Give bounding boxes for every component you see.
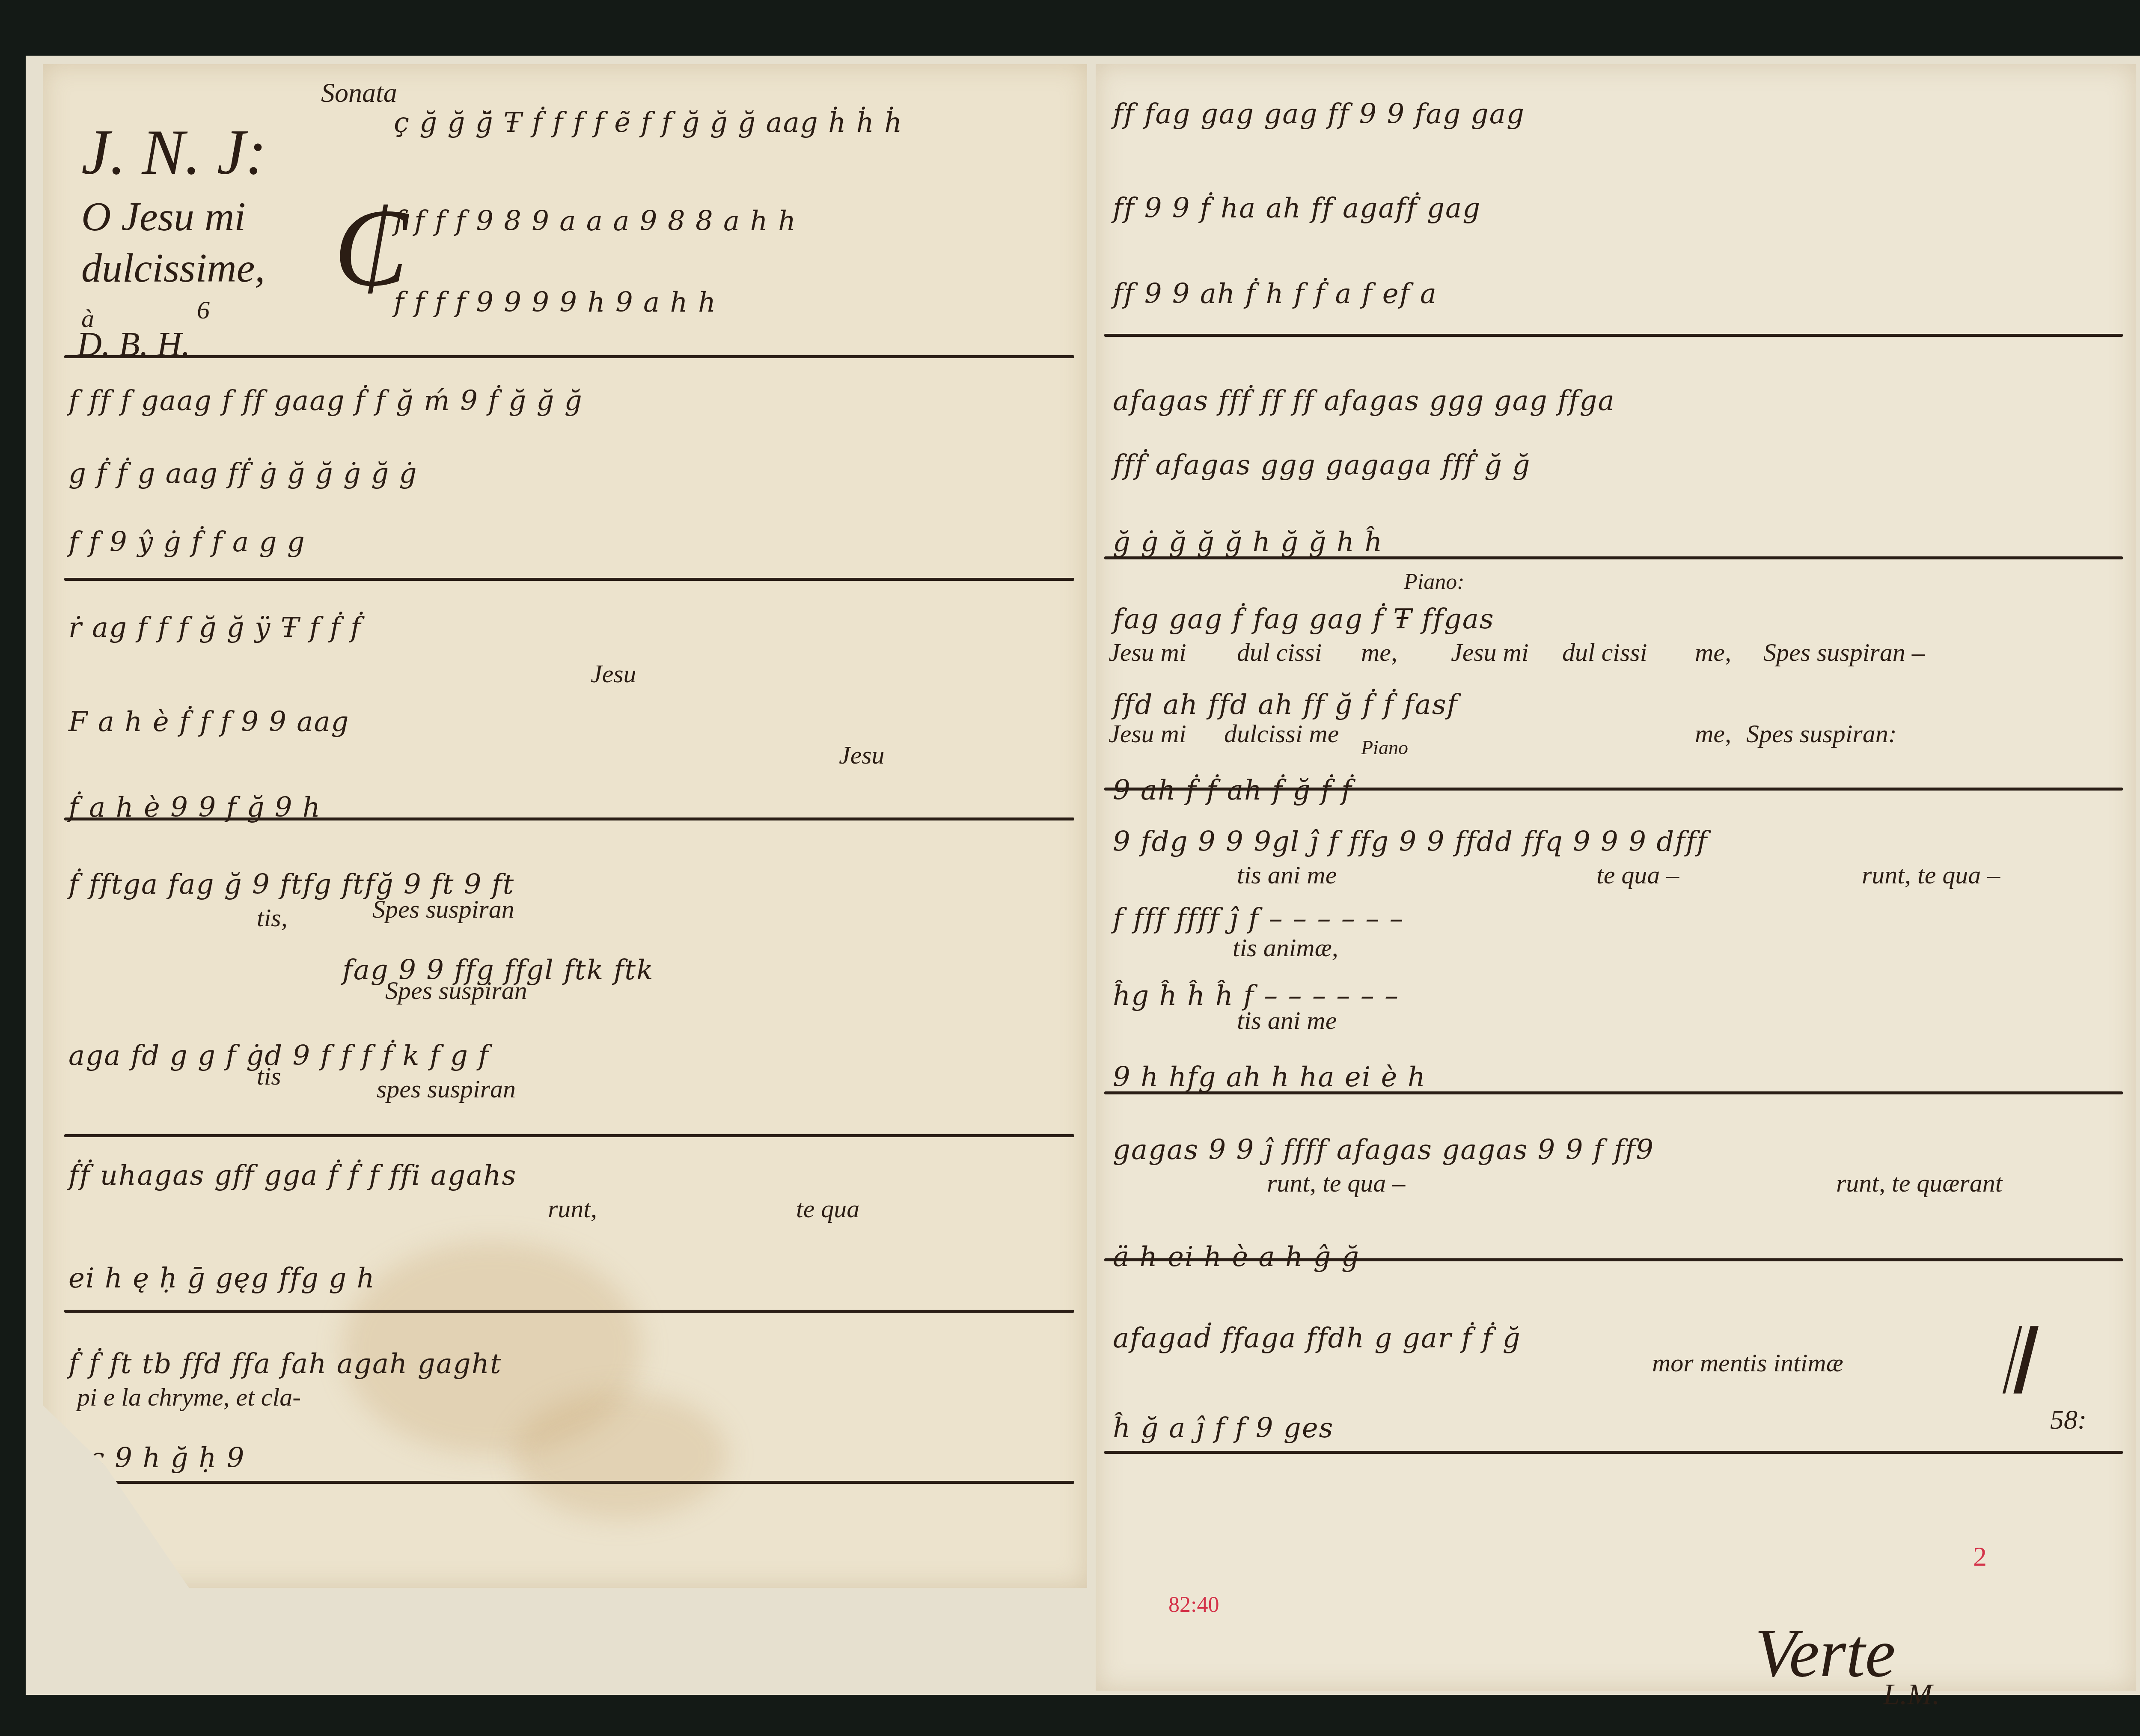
page-number: 58: <box>2050 1404 2086 1436</box>
tab-row: 9 ah ḟ ḟ ah ḟ ğ ḟ ḟ <box>1113 775 2114 806</box>
lyric: Jesu mi <box>1109 719 1186 749</box>
tab-row: 9 h hfg ah h ha ei è h <box>1113 1061 2114 1093</box>
scoring-number: 6 <box>197 295 210 325</box>
sonata-label: Sonata <box>321 77 397 109</box>
voice-list: D. B. H. <box>77 325 190 364</box>
tab-row: f f 9 ŷ ġ ḟ f a g g <box>68 526 1053 558</box>
lyric: dulcissi me <box>1224 719 1339 749</box>
tab-row: gagas 9 9 ĵ ffff afagas gagas 9 9 f ff9 <box>1113 1134 2114 1166</box>
lyric: Jesu mi <box>1451 638 1529 667</box>
lyric: tis, <box>257 903 288 933</box>
tab-row: ğ ġ ğ ğ ğ h ğ ğ h ĥ <box>1113 526 2114 558</box>
lyric: pi e la chryme, et cla- <box>77 1382 301 1412</box>
tab-row: ä h ei h è a h ĝ ğ <box>1113 1241 2114 1273</box>
catchword: Verte <box>1755 1614 1896 1693</box>
tab-row: ḟ ḟ ft tb ffd ffa fah agah gaght <box>68 1348 1053 1380</box>
tab-row: f ff f gaag f ff gaag ḟ f ğ ḿ 9 ḟ ğ ğ ğ <box>68 385 1053 417</box>
lyric: me, <box>1695 638 1731 667</box>
system-divider <box>1104 556 2123 559</box>
lyric: Spes suspiran <box>385 976 527 1005</box>
lyric: Spes suspiran – <box>1763 638 1925 667</box>
tab-row: ffḟ afagas ggg gagaga ffḟ ğ ğ <box>1113 449 2114 481</box>
system-divider <box>1104 1091 2123 1094</box>
tab-row: aga fd g g f ġd 9 f f f ḟ k f g f <box>68 1040 1053 1072</box>
lyric: runt, te qua – <box>1862 860 2000 890</box>
lyric: te qua <box>796 1194 859 1224</box>
final-barline-flourish: 𝄂 <box>2003 1314 2022 1413</box>
corner-mark: L.M. <box>1883 1678 1940 1712</box>
tab-row: f f f f 9 9 9 9 h 9 a h h <box>394 287 1070 318</box>
lyric: spes suspiran <box>377 1074 516 1104</box>
lyric: te qua – <box>1596 860 1679 890</box>
tab-row: fag gag ḟ fag gag ḟ Ŧ ffgas <box>1113 603 2114 635</box>
lyric: me, <box>1695 719 1731 749</box>
system-divider <box>64 1481 1074 1484</box>
system-divider <box>64 1134 1074 1137</box>
tab-row: ṙ ag f f f ğ ğ ÿ Ŧ f ḟ ḟ <box>68 612 1053 644</box>
lyric: Jesu <box>591 659 636 689</box>
left-page: J. N. J: Sonata O Jesu mi dulcissime, à … <box>43 64 1087 1588</box>
tab-row: 9 fdg 9 9 9gl ĵ f ffg 9 9 ffdd ffq 9 9 9… <box>1113 826 2114 858</box>
dynamic-marking: Piano: <box>1404 569 1465 595</box>
tab-row: afagas ffḟ ff ff afagas ggg gag ffga <box>1113 385 2114 417</box>
tab-row: ff 9 9 ḟ ha ah ff agafḟ gag <box>1113 193 2114 224</box>
lyric: runt, te qua – <box>1267 1168 1405 1198</box>
folio-number: 2 <box>1973 1541 1987 1573</box>
system-divider <box>64 578 1074 581</box>
lyric: dul cissi <box>1562 638 1647 667</box>
system-divider <box>64 355 1074 358</box>
tab-row: ff fag gag gag ff 9 9 fag gag <box>1113 98 2114 130</box>
title-line-2: dulcissime, <box>81 244 265 291</box>
title-line-1: O Jesu mi <box>81 193 246 240</box>
system-divider <box>1104 1451 2123 1454</box>
tab-row: ffd ah ffd ah ff ğ ḟ ḟ fasf <box>1113 689 2114 721</box>
lyric: tis ani me <box>1237 860 1337 890</box>
tab-row: ĥ ğ a ĵ f f 9 ges <box>1113 1412 1926 1444</box>
tab-row: g ḟ ḟ g aag fḟ ġ ğ ğ ġ ğ ġ <box>68 458 1053 490</box>
tab-row: f c 9 h ğ ḥ 9 <box>68 1442 1053 1474</box>
lyric: Jesu <box>839 740 885 770</box>
lyric: tis <box>257 1061 281 1091</box>
tab-row: f f f f 9 8 9 a a a 9 8 8 a h h <box>394 205 1070 237</box>
system-divider <box>64 817 1074 820</box>
monogram: J. N. J: <box>81 116 267 189</box>
lyric: dul cissi <box>1237 638 1322 667</box>
lyric: runt, te quærant <box>1836 1168 2002 1198</box>
tab-row: ff 9 9 ah ḟ h f ḟ a f ef a <box>1113 278 2114 310</box>
lyric: mor mentis intimæ <box>1652 1348 1843 1378</box>
tab-row: ḟḟ uhagas gff gga ḟ ḟ f ffi agahs <box>68 1160 1053 1192</box>
lyric: tis ani me <box>1237 1006 1337 1035</box>
tab-row: f fff ffff ĵ f – – – – – – <box>1113 903 2114 935</box>
system-divider <box>64 1310 1074 1313</box>
system-divider <box>1104 1258 2123 1261</box>
lyric: me, <box>1361 638 1397 667</box>
right-page: ff fag gag gag ff 9 9 fag gag ff 9 9 ḟ h… <box>1096 64 2136 1691</box>
system-divider <box>1104 788 2123 791</box>
tab-row: ç ğ ğ ğ̈ Ŧ ḟ f f f ẽ f f ğ ğ ğ aag ḣ ḣ ḣ <box>394 107 1070 139</box>
lyric: Spes suspiran: <box>1746 719 1897 749</box>
tab-row: ḟ fftga fag ğ 9 ftfg ftfğ 9 ft 9 ft <box>68 869 1053 901</box>
lyric: runt, <box>548 1194 597 1224</box>
lyric: Spes suspiran <box>372 895 514 924</box>
lyric: tis animæ, <box>1233 933 1338 963</box>
tab-row: ei h ę ḥ ḡ gęg ffg g h <box>68 1263 1053 1294</box>
system-divider <box>1104 334 2123 337</box>
tab-row: F a h è ḟ f f 9 9 aag <box>68 706 1053 738</box>
shelfmark: 82:40 <box>1168 1592 1219 1617</box>
lyric: Jesu mi <box>1109 638 1186 667</box>
dynamic-marking: Piano <box>1361 736 1408 759</box>
